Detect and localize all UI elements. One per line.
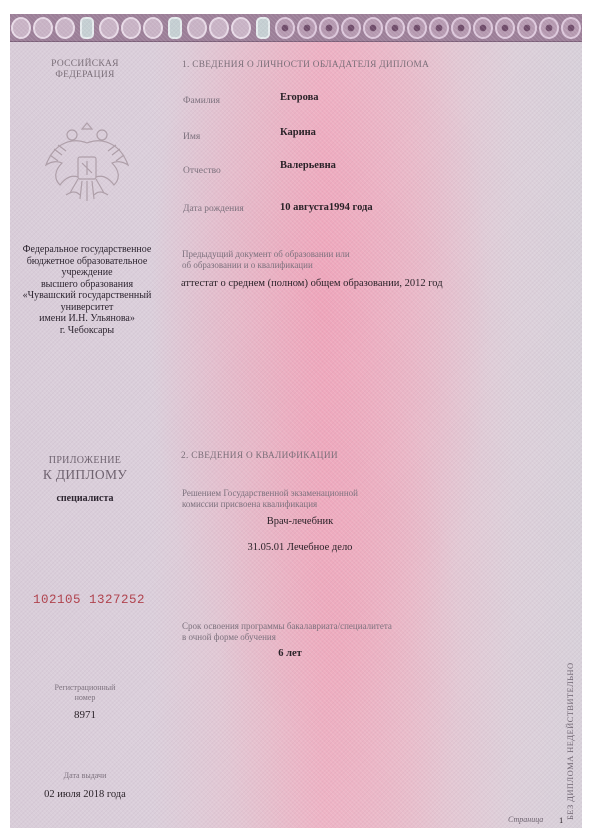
country-line-1: РОССИЙСКАЯ [35,59,135,70]
issuing-institution: Федеральное государственное бюджетное об… [6,244,168,336]
patronymic-value: Валерьевна [280,160,336,171]
diploma-type: специалиста [25,493,145,504]
institution-line: «Чувашский государственный [6,290,168,302]
institution-line: учреждение [6,267,168,279]
institution-line: бюджетное образовательное [6,256,168,268]
ornamental-border-strip [10,14,582,42]
patronymic-label: Отчество [183,166,221,176]
serial-number: 102105 1327252 [33,593,145,607]
reg-label-line-1: Регистрационный [35,683,135,693]
institution-line: высшего образования [6,279,168,291]
first-name-label: Имя [183,132,200,142]
vertical-validity-notice: БЕЗ ДИПЛОМА НЕДЕЙСТВИТЕЛЬНО [565,663,575,820]
registration-number: 8971 [35,709,135,721]
term-label-line-2: в очной форме обучения [182,632,392,643]
first-name-value: Карина [280,127,316,138]
term-label-line-1: Срок освоения программы бакалавриата/спе… [182,621,392,632]
prev-doc-label-line-1: Предыдущий документ об образовании или [182,249,350,260]
russian-coat-of-arms-icon [32,115,142,210]
previous-document-label: Предыдущий документ об образовании или о… [182,249,350,271]
institution-line: имени И.Н. Ульянова» [6,313,168,325]
decision-line-1: Решением Государственной экзаменационной [182,488,358,499]
study-term-value: 6 лет [260,648,320,659]
institution-line: г. Чебоксары [6,325,168,337]
section-2-title: 2. СВЕДЕНИЯ О КВАЛИФИКАЦИИ [181,451,338,461]
specialty-value: 31.05.01 Лечебное дело [215,542,385,553]
birth-date-label: Дата рождения [183,204,244,214]
reg-label-line-2: номер [35,693,135,703]
section-1-title: 1. СВЕДЕНИЯ О ЛИЧНОСТИ ОБЛАДАТЕЛЯ ДИПЛОМ… [182,60,429,70]
issue-date-label: Дата выдачи [30,771,140,780]
annex-title-line-2: К ДИПЛОМУ [25,467,145,483]
previous-document-value: аттестат о среднем (полном) общем образо… [181,278,443,289]
annex-title: ПРИЛОЖЕНИЕ К ДИПЛОМУ [25,455,145,483]
qualification-value: Врач-лечебник [230,516,370,527]
surname-label: Фамилия [183,96,220,106]
qualification-decision-label: Решением Государственной экзаменационной… [182,488,358,510]
issue-date: 02 июля 2018 года [25,789,145,800]
birth-date-value: 10 августа1994 года [280,202,373,213]
page-label: Страница [508,815,543,824]
country-name: РОССИЙСКАЯ ФЕДЕРАЦИЯ [35,59,135,81]
prev-doc-label-line-2: об образовании и о квалификации [182,260,350,271]
annex-title-line-1: ПРИЛОЖЕНИЕ [25,455,145,466]
registration-number-label: Регистрационный номер [35,683,135,703]
surname-value: Егорова [280,92,319,103]
institution-line: университет [6,302,168,314]
decision-line-2: комиссии присвоена квалификация [182,499,358,510]
institution-line: Федеральное государственное [6,244,168,256]
study-term-label: Срок освоения программы бакалавриата/спе… [182,621,392,643]
country-line-2: ФЕДЕРАЦИЯ [35,70,135,81]
page-number: 1 [559,815,563,825]
